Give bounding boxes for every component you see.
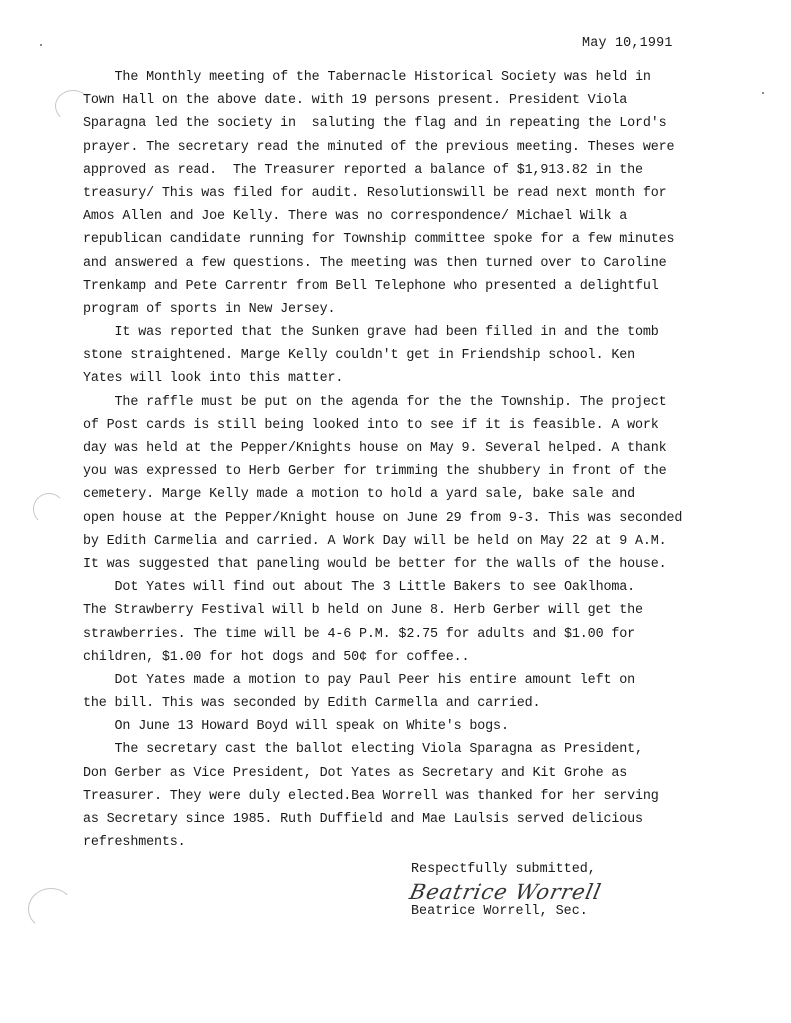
text-line: and answered a few questions. The meetin… xyxy=(83,252,773,275)
text-line: The raffle must be put on the agenda for… xyxy=(83,391,773,414)
text-line: as Secretary since 1985. Ruth Duffield a… xyxy=(83,808,773,831)
text-line: Sparagna led the society in saluting the… xyxy=(83,112,773,135)
text-line: Don Gerber as Vice President, Dot Yates … xyxy=(83,762,773,785)
text-line: open house at the Pepper/Knight house on… xyxy=(83,507,773,530)
text-line: strawberries. The time will be 4-6 P.M. … xyxy=(83,623,773,646)
text-line: The secretary cast the ballot electing V… xyxy=(83,738,773,761)
text-line: It was reported that the Sunken grave ha… xyxy=(83,321,773,344)
text-line: Dot Yates will find out about The 3 Litt… xyxy=(83,576,773,599)
text-line: Yates will look into this matter. xyxy=(83,367,773,390)
text-line: republican candidate running for Townshi… xyxy=(83,228,773,251)
text-line: cemetery. Marge Kelly made a motion to h… xyxy=(83,483,773,506)
text-line: Treasurer. They were duly elected.Bea Wo… xyxy=(83,785,773,808)
closing-line: Respectfully submitted, xyxy=(411,862,596,877)
document-page: May 10,1991 The Monthly meeting of the T… xyxy=(0,0,791,1023)
text-line: On June 13 Howard Boyd will speak on Whi… xyxy=(83,715,773,738)
punch-hole-mark xyxy=(28,888,74,930)
text-line: by Edith Carmelia and carried. A Work Da… xyxy=(83,530,773,553)
text-line: refreshments. xyxy=(83,831,773,854)
minutes-body: The Monthly meeting of the Tabernacle Hi… xyxy=(83,66,773,854)
text-line: approved as read. The Treasurer reported… xyxy=(83,159,773,182)
text-line: of Post cards is still being looked into… xyxy=(83,414,773,437)
text-line: Town Hall on the above date. with 19 per… xyxy=(83,89,773,112)
text-line: The Strawberry Festival will b held on J… xyxy=(83,599,773,622)
handwritten-signature: Beatrice Worrell xyxy=(407,880,603,904)
text-line: Dot Yates made a motion to pay Paul Peer… xyxy=(83,669,773,692)
document-date: May 10,1991 xyxy=(582,36,673,51)
text-line: The Monthly meeting of the Tabernacle Hi… xyxy=(83,66,773,89)
text-line: children, $1.00 for hot dogs and 50¢ for… xyxy=(83,646,773,669)
text-line: prayer. The secretary read the minuted o… xyxy=(83,136,773,159)
text-line: Amos Allen and Joe Kelly. There was no c… xyxy=(83,205,773,228)
text-line: day was held at the Pepper/Knights house… xyxy=(83,437,773,460)
text-line: program of sports in New Jersey. xyxy=(83,298,773,321)
text-line: stone straightened. Marge Kelly couldn't… xyxy=(83,344,773,367)
punch-hole-mark xyxy=(33,493,65,525)
text-line: treasury/ This was filed for audit. Reso… xyxy=(83,182,773,205)
text-line: the bill. This was seconded by Edith Car… xyxy=(83,692,773,715)
signer-name: Beatrice Worrell, Sec. xyxy=(411,904,588,919)
text-line: It was suggested that paneling would be … xyxy=(83,553,773,576)
speck xyxy=(40,44,42,46)
text-line: you was expressed to Herb Gerber for tri… xyxy=(83,460,773,483)
text-line: Trenkamp and Pete Carrentr from Bell Tel… xyxy=(83,275,773,298)
